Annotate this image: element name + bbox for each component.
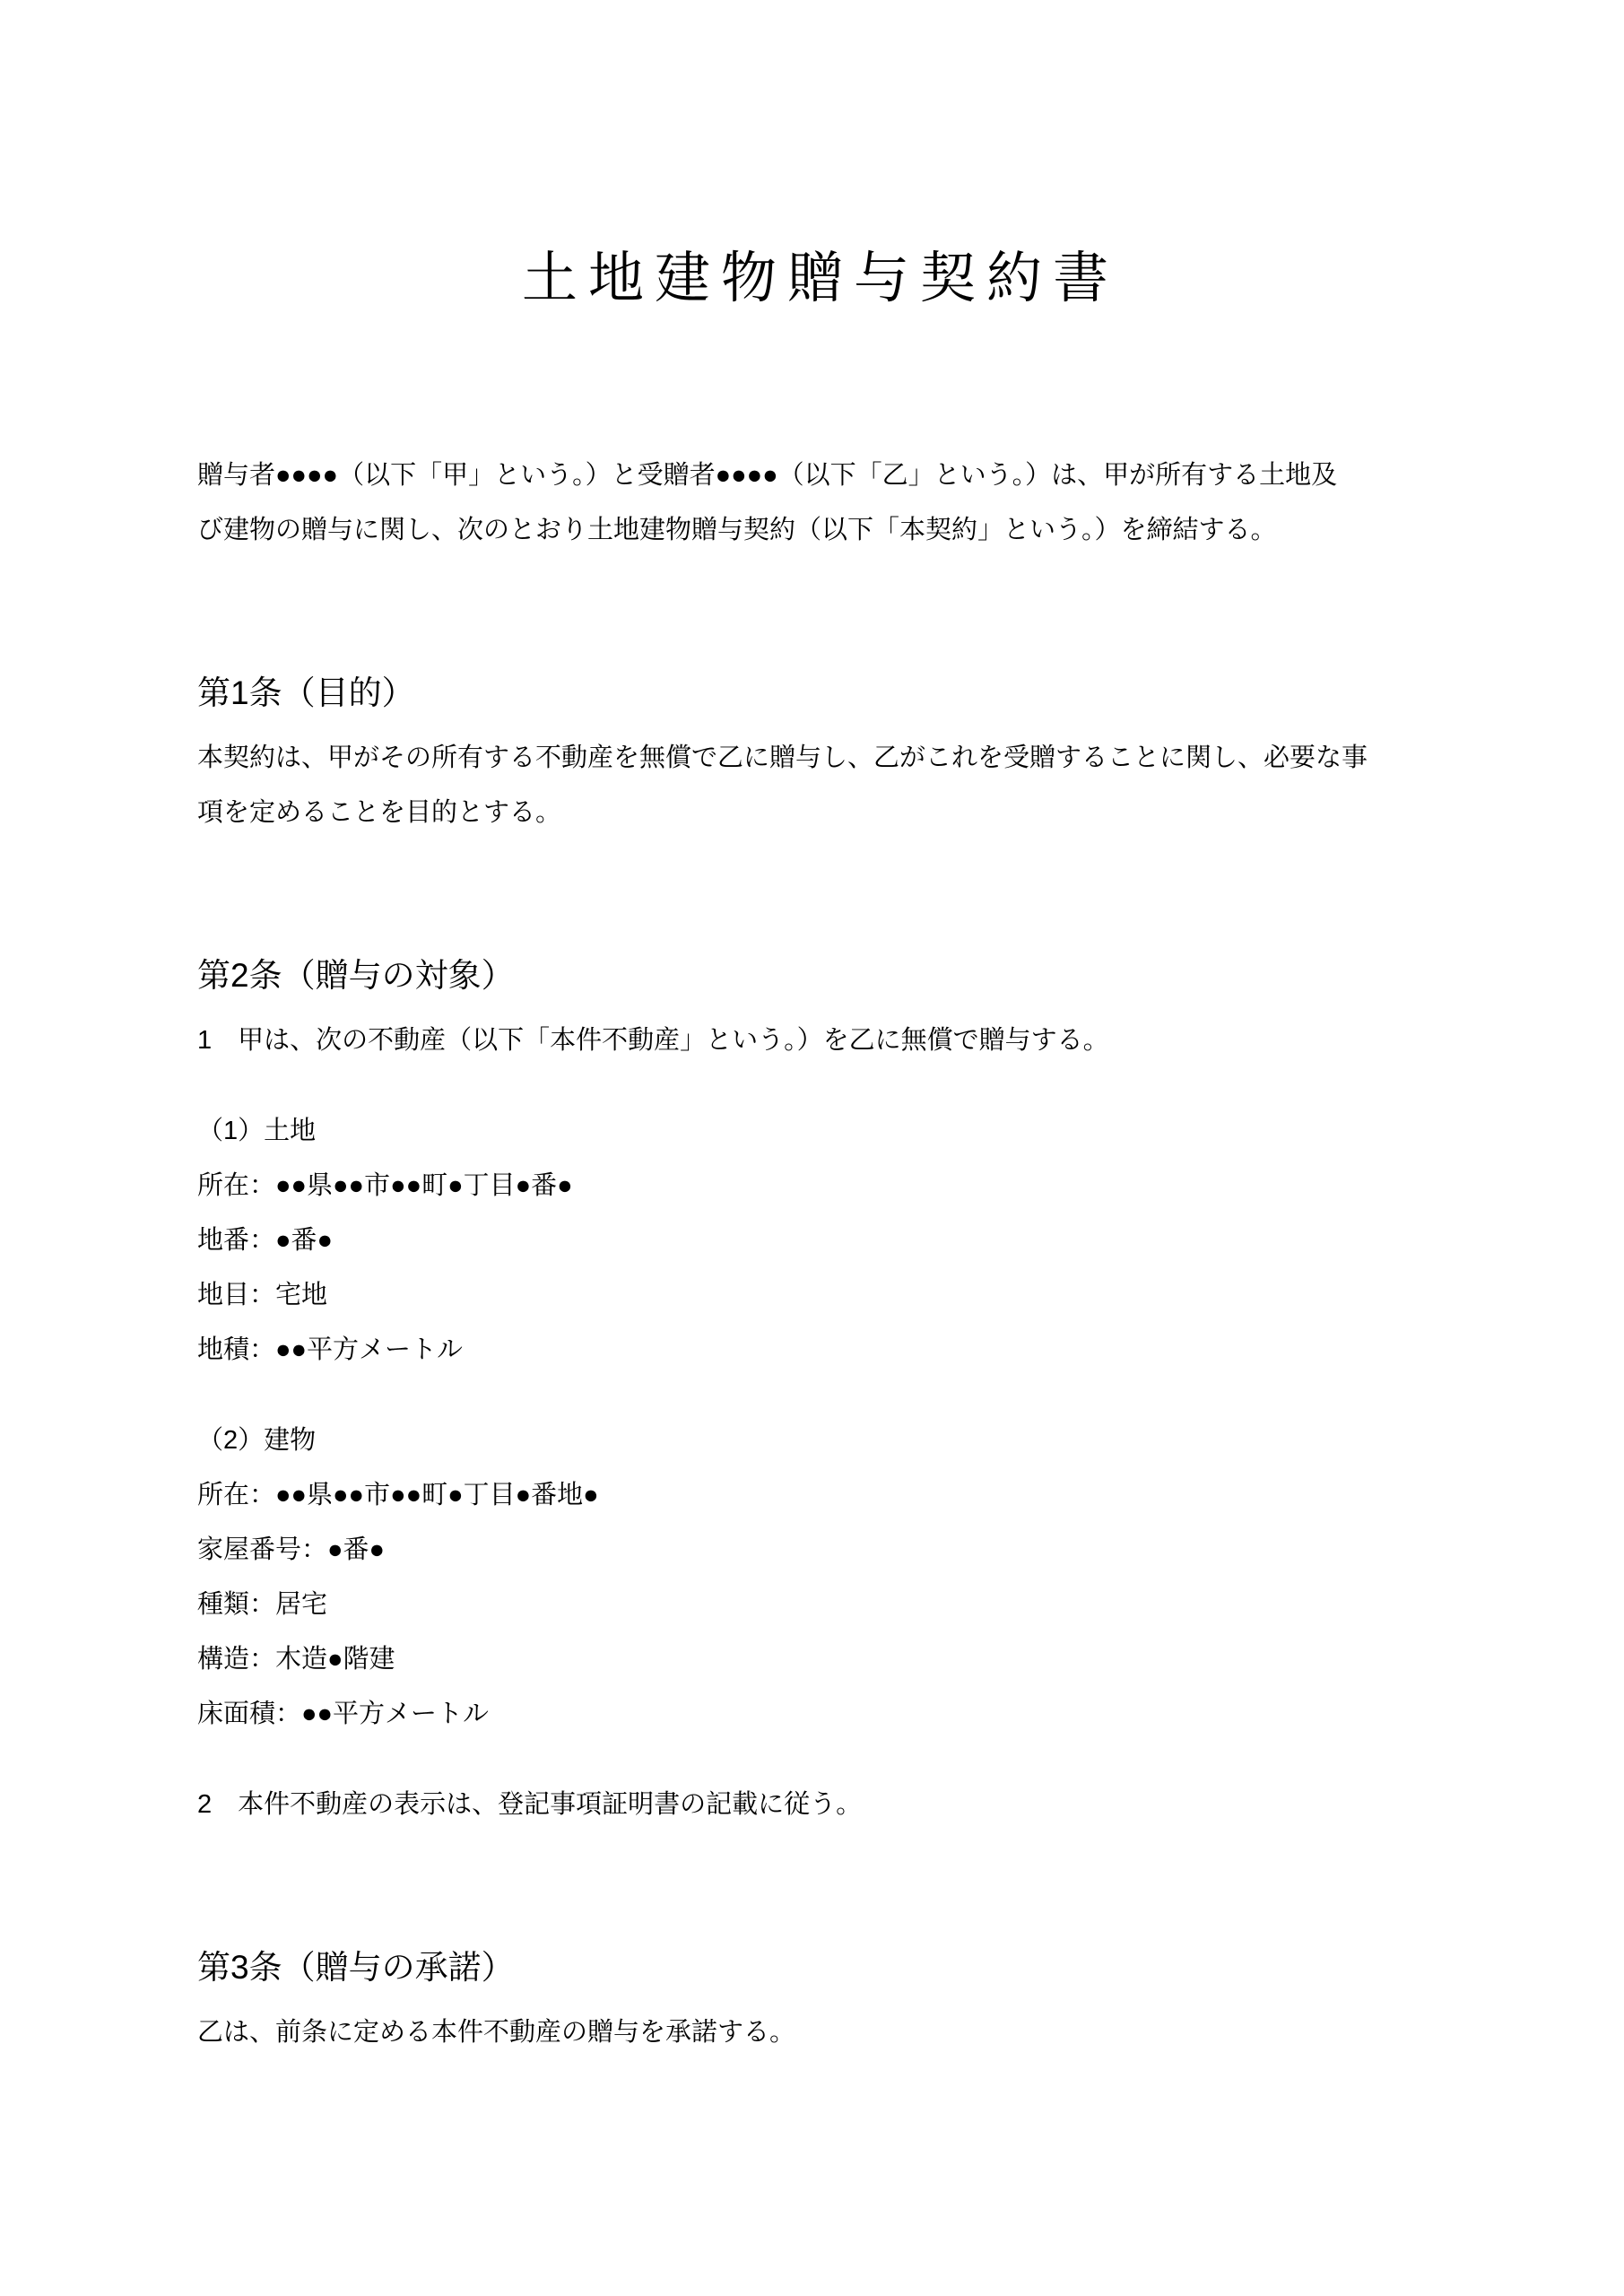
intro-line: び建物の贈与に関し、次のとおり土地建物贈与契約（以下「本契約」という。）を締結す…: [197, 503, 1444, 558]
building-row: 所在：●●県●●市●●町●丁目●番地●: [197, 1468, 1444, 1523]
article-2-heading: 第2条（贈与の対象）: [197, 948, 1444, 1003]
article-1-body-line: 本契約は、甲がその所有する不動産を無償で乙に贈与し、乙がこれを受贈することに関し…: [197, 731, 1444, 786]
article-2-item-2: 2 本件不動産の表示は、登記事項証明書の記載に従う。: [197, 1778, 1444, 1832]
land-block: （1）土地 所在：●●県●●市●●町●丁目●番● 地番：●番● 地目：宅地 地積…: [197, 1104, 1444, 1378]
intro-line: 贈与者●●●●（以下「甲」という。）と受贈者●●●●（以下「乙」という。）は、甲…: [197, 448, 1444, 503]
building-row: 構造：木造●階建: [197, 1632, 1444, 1687]
article-1-body-line: 項を定めることを目的とする。: [197, 786, 1444, 840]
land-row: 地番：●番●: [197, 1213, 1444, 1268]
document-page: 土地建物贈与契約書 贈与者●●●●（以下「甲」という。）と受贈者●●●●（以下「…: [0, 0, 1624, 2296]
land-label: （1）土地: [197, 1104, 1444, 1159]
intro-paragraph: 贈与者●●●●（以下「甲」という。）と受贈者●●●●（以下「乙」という。）は、甲…: [197, 448, 1444, 558]
article-3: 第3条（贈与の承諾） 乙は、前条に定める本件不動産の贈与を承諾する。: [197, 1940, 1444, 2060]
article-2-item-1: 1 甲は、次の不動産（以下「本件不動産」という。）を乙に無償で贈与する。: [197, 1013, 1444, 1068]
land-row: 地目：宅地: [197, 1268, 1444, 1323]
article-3-body: 乙は、前条に定める本件不動産の贈与を承諾する。: [197, 2005, 1444, 2060]
land-row: 地積：●●平方メートル: [197, 1323, 1444, 1378]
building-label: （2）建物: [197, 1413, 1444, 1468]
building-row: 種類：居宅: [197, 1578, 1444, 1632]
building-row: 家屋番号：●番●: [197, 1523, 1444, 1578]
land-row: 所在：●●県●●市●●町●丁目●番●: [197, 1159, 1444, 1213]
building-row: 床面積：●●平方メートル: [197, 1687, 1444, 1742]
article-1: 第1条（目的） 本契約は、甲がその所有する不動産を無償で乙に贈与し、乙がこれを受…: [197, 665, 1444, 840]
article-2-item-2-block: 2 本件不動産の表示は、登記事項証明書の記載に従う。: [197, 1778, 1444, 1832]
article-2: 第2条（贈与の対象） 1 甲は、次の不動産（以下「本件不動産」という。）を乙に無…: [197, 948, 1444, 1832]
document-title: 土地建物贈与契約書: [197, 247, 1444, 311]
article-1-heading: 第1条（目的）: [197, 665, 1444, 720]
article-3-heading: 第3条（贈与の承諾）: [197, 1940, 1444, 1995]
building-block: （2）建物 所在：●●県●●市●●町●丁目●番地● 家屋番号：●番● 種類：居宅…: [197, 1413, 1444, 1742]
